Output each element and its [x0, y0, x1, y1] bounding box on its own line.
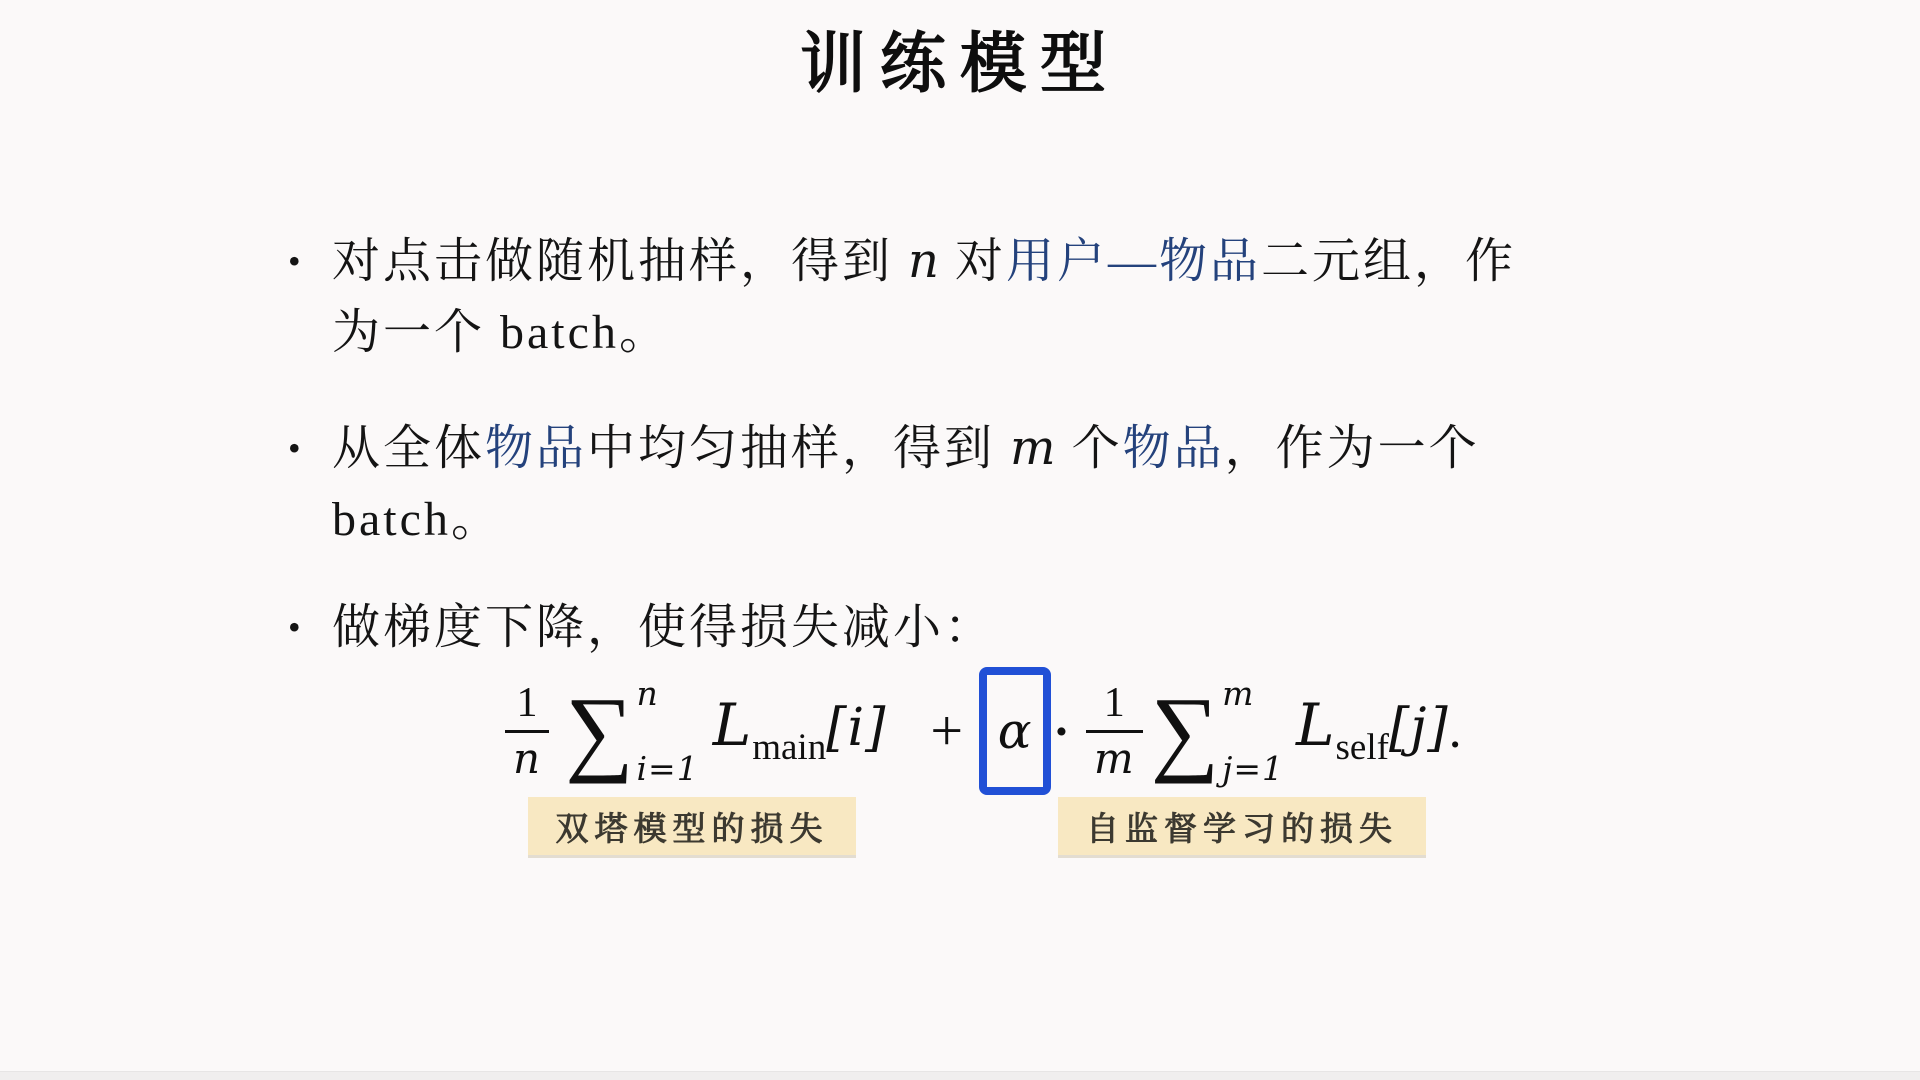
- summation-limits: m j=1: [1219, 677, 1284, 785]
- alpha-symbol: α: [998, 706, 1033, 756]
- loss-main-term: Lmain[i]: [713, 696, 887, 766]
- plus-operator: +: [930, 702, 963, 760]
- text-segment: 从全体: [332, 422, 485, 475]
- loss-symbol: L: [1296, 691, 1336, 759]
- fraction-denominator: m: [1086, 730, 1143, 781]
- bullet-marker: •: [288, 592, 332, 663]
- summation-upper-limit: m: [1222, 677, 1284, 710]
- term-item: 物品: [1123, 422, 1225, 475]
- slide-title: 训练模型: [0, 10, 1920, 105]
- summation-over-j: ∑ m j=1: [1151, 677, 1284, 785]
- math-var-n: n: [908, 233, 940, 289]
- multiplication-dot: ·: [1053, 706, 1070, 756]
- text-segment: batch。: [332, 493, 502, 546]
- bullet-item-gradient-descent: • 做梯度下降，使得损失减小：: [288, 592, 995, 663]
- bullet-text: 对点击做随机抽样，得到 n 对用户—物品二元组，作为一个 batch。: [332, 226, 1516, 368]
- fraction-numerator: 1: [509, 681, 546, 729]
- summation-upper-limit: n: [637, 677, 699, 710]
- fraction-denominator: n: [505, 730, 549, 781]
- summation-over-i: ∑ n i=1: [565, 677, 699, 785]
- text-segment: 对点击做随机抽样，得到: [332, 235, 908, 288]
- bullet-item-sample-items: • 从全体物品中均匀抽样，得到 m 个物品，作为一个batch。: [288, 413, 1480, 555]
- loss-index: [i]: [826, 698, 886, 758]
- formula-period: .: [1449, 705, 1462, 757]
- text-segment: 个: [1057, 422, 1123, 475]
- summation-lower-limit: i=1: [637, 752, 699, 785]
- text-segment: 二元组，作: [1261, 235, 1516, 288]
- text-segment: 为一个 batch。: [332, 306, 670, 359]
- annotation-two-tower-loss: 双塔模型的损失: [528, 797, 856, 855]
- loss-formula: 1 n ∑ n i=1 Lmain[i] + α · 1 m ∑ m j=1 L…: [505, 660, 1462, 802]
- sigma-symbol: ∑: [1151, 685, 1219, 777]
- alpha-highlight-box: α: [979, 667, 1051, 795]
- slide-bottom-edge: [0, 1071, 1920, 1080]
- text-segment: ，作为一个: [1225, 422, 1480, 475]
- term-user-item: 用户—物品: [1006, 235, 1261, 288]
- loss-index: [j]: [1389, 698, 1449, 758]
- summation-lower-limit: j=1: [1222, 752, 1284, 785]
- loss-symbol: L: [713, 691, 753, 759]
- bullet-marker: •: [288, 413, 332, 555]
- text-segment: 做梯度下降，使得损失减小：: [332, 601, 995, 654]
- fraction-numerator: 1: [1096, 681, 1133, 729]
- term-item: 物品: [485, 422, 587, 475]
- bullet-text: 从全体物品中均匀抽样，得到 m 个物品，作为一个batch。: [332, 413, 1480, 555]
- loss-subscript-main: main: [752, 727, 826, 768]
- math-var-m: m: [1010, 420, 1057, 476]
- text-segment: 对: [940, 235, 1006, 288]
- summation-limits: n i=1: [634, 677, 699, 785]
- fraction-one-over-m: 1 m: [1086, 681, 1143, 781]
- fraction-one-over-n: 1 n: [505, 681, 549, 781]
- bullet-item-sample-clicks: • 对点击做随机抽样，得到 n 对用户—物品二元组，作为一个 batch。: [288, 226, 1516, 368]
- bullet-text: 做梯度下降，使得损失减小：: [332, 592, 995, 663]
- loss-self-term: Lself[j]: [1296, 696, 1449, 766]
- bullet-marker: •: [288, 226, 332, 368]
- slide-canvas: 训练模型 • 对点击做随机抽样，得到 n 对用户—物品二元组，作为一个 batc…: [0, 0, 1920, 1080]
- text-segment: 中均匀抽样，得到: [587, 422, 1010, 475]
- annotation-self-supervised-loss: 自监督学习的损失: [1058, 797, 1426, 855]
- sigma-symbol: ∑: [565, 685, 633, 777]
- loss-subscript-self: self: [1336, 727, 1389, 768]
